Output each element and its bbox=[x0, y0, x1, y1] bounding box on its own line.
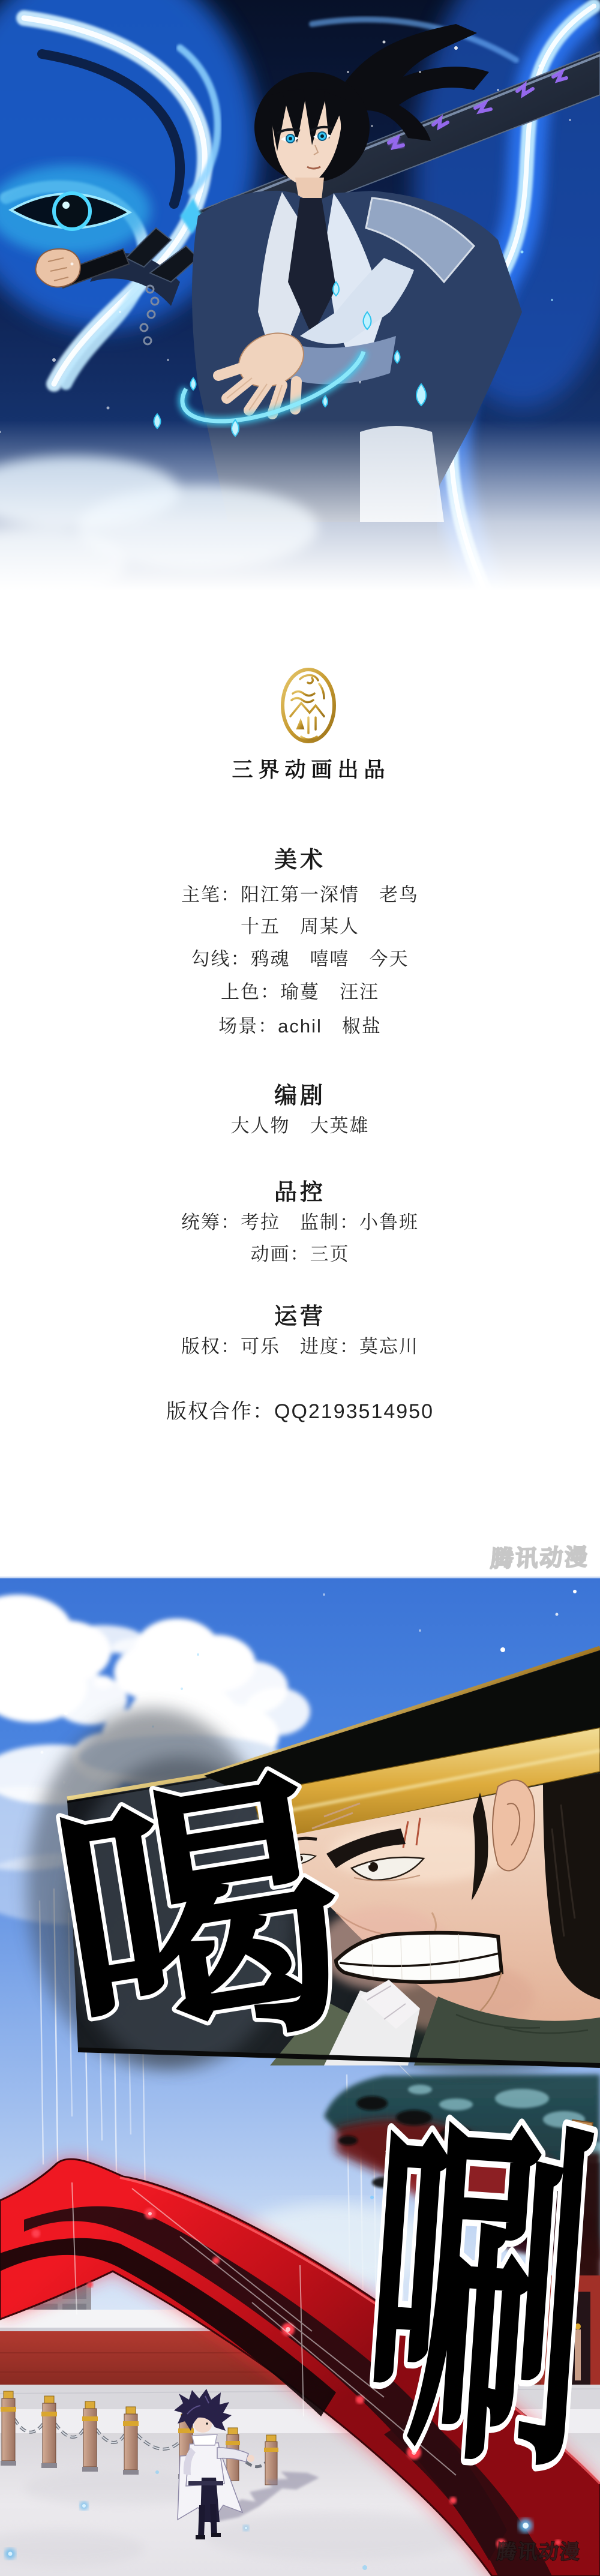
credits-line-lead-artist: 主笔：阳江第一深情 老鸟 bbox=[0, 879, 600, 906]
publisher-logo-seal bbox=[280, 666, 337, 750]
manhua-page: 三界动画出品 美术 主笔：阳江第一深情 老鸟 十五 周某人 勾线：鸦魂 嘻嘻 今… bbox=[0, 0, 600, 2576]
credits-line-coloring: 上色：瑜蔓 汪汪 bbox=[0, 977, 600, 1004]
sfx-swoosh: 唰 bbox=[353, 2089, 600, 2511]
credits-line-animation: 动画：三页 bbox=[0, 1239, 600, 1266]
credits-line-backgrounds: 场景：achil 椒盐 bbox=[0, 1011, 600, 1038]
comic-panel: 唰 bbox=[0, 1577, 600, 2576]
credits-line-coordination: 统筹：考拉 监制：小鲁班 bbox=[0, 1207, 600, 1234]
credits-line-writers: 大人物 大英雄 bbox=[0, 1110, 600, 1137]
tencent-comics-watermark-lower: 腾讯动漫 bbox=[496, 2536, 581, 2565]
credits-header-operations: 运营 bbox=[0, 1298, 600, 1331]
credits-partnership-qq: 版权合作：QQ2193514950 bbox=[0, 1395, 600, 1424]
credits-line-artists: 十五 周某人 bbox=[0, 911, 600, 938]
publisher-block: 三界动画出品 bbox=[8, 666, 600, 783]
sfx-shout: 喝 bbox=[37, 1744, 365, 2099]
credits-header-script: 编剧 bbox=[0, 1077, 600, 1110]
credits-line-inking: 勾线：鸦魂 嘻嘻 今天 bbox=[0, 944, 600, 971]
credits-line-copyright: 版权：可乐 进度：莫忘川 bbox=[0, 1331, 600, 1358]
credits-header-art: 美术 bbox=[0, 841, 600, 874]
credits-header-qc: 品控 bbox=[0, 1173, 600, 1206]
tencent-comics-watermark-upper: 腾讯动漫 bbox=[490, 1539, 590, 1574]
cover-illustration bbox=[0, 0, 600, 648]
publisher-name: 三界动画出品 bbox=[8, 753, 600, 783]
